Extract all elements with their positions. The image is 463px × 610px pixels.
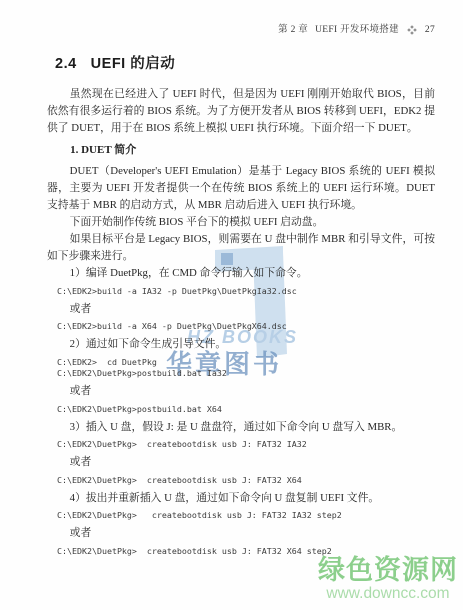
code-block: C:\EDK2\DuetPkg>postbuild.bat X64 bbox=[57, 404, 435, 416]
chapter-number: 第 2 章 bbox=[278, 24, 308, 36]
section-title: 2.4UEFI 的启动 bbox=[55, 54, 435, 74]
or-separator: 或者 bbox=[47, 383, 435, 400]
code-block: C:\EDK2>build -a X64 -p DuetPkg\DuetPkgX… bbox=[57, 321, 435, 333]
list-step-1: 1）编译 DuetPkg，在 CMD 命令行输入如下命令。 bbox=[47, 265, 435, 282]
paragraph: 下面开始制作传统 BIOS 平台下的模拟 UEFI 启动盘。 bbox=[47, 214, 435, 231]
code-block: C:\EDK2\DuetPkg> createbootdisk usb J: F… bbox=[57, 475, 435, 487]
code-block: C:\EDK2\DuetPkg> createbootdisk usb J: F… bbox=[57, 510, 435, 522]
section-number: 2.4 bbox=[55, 56, 77, 72]
page-number: 27 bbox=[425, 24, 435, 36]
subsection-heading: 1. DUET 简介 bbox=[47, 142, 435, 159]
chapter-title: UEFI 开发环境搭建 bbox=[315, 24, 399, 36]
paragraph: DUET（Developer's UEFI Emulation）是基于 Lega… bbox=[47, 163, 435, 214]
or-separator: 或者 bbox=[47, 525, 435, 542]
section-title-text: UEFI 的启动 bbox=[91, 56, 176, 72]
code-block: C:\EDK2\DuetPkg> createbootdisk usb J: F… bbox=[57, 439, 435, 451]
code-block: C:\EDK2> cd DuetPkg C:\EDK2\DuetPkg>post… bbox=[57, 357, 435, 380]
site-watermark: 绿色资源网 www.downcc.com bbox=[318, 556, 458, 602]
page-content: 第 2 章 UEFI 开发环境搭建 27 2.4UEFI 的启动 虽然现在已经进… bbox=[47, 24, 435, 561]
site-watermark-url: www.downcc.com bbox=[318, 585, 458, 602]
or-separator: 或者 bbox=[47, 454, 435, 471]
diamond-ornament-icon bbox=[407, 25, 417, 35]
code-block: C:\EDK2>build -a IA32 -p DuetPkg\DuetPkg… bbox=[57, 286, 435, 298]
book-page: HZ BOOKS 华章图书 第 2 章 UEFI 开发环境搭建 27 2.4UE… bbox=[0, 0, 463, 610]
site-watermark-name: 绿色资源网 bbox=[318, 556, 458, 585]
or-separator: 或者 bbox=[47, 301, 435, 318]
list-step-4: 4）拔出并重新插入 U 盘，通过如下命令向 U 盘复制 UEFI 文件。 bbox=[47, 490, 435, 507]
list-step-3: 3）插入 U 盘，假设 J: 是 U 盘盘符，通过如下命令向 U 盘写入 MBR… bbox=[47, 419, 435, 436]
running-header: 第 2 章 UEFI 开发环境搭建 27 bbox=[47, 24, 435, 36]
list-step-2: 2）通过如下命令生成引导文件。 bbox=[47, 336, 435, 353]
paragraph: 如果目标平台是 Legacy BIOS，则需要在 U 盘中制作 MBR 和引导文… bbox=[47, 231, 435, 265]
paragraph: 虽然现在已经进入了 UEFI 时代，但是因为 UEFI 刚刚开始取代 BIOS，… bbox=[47, 86, 435, 137]
